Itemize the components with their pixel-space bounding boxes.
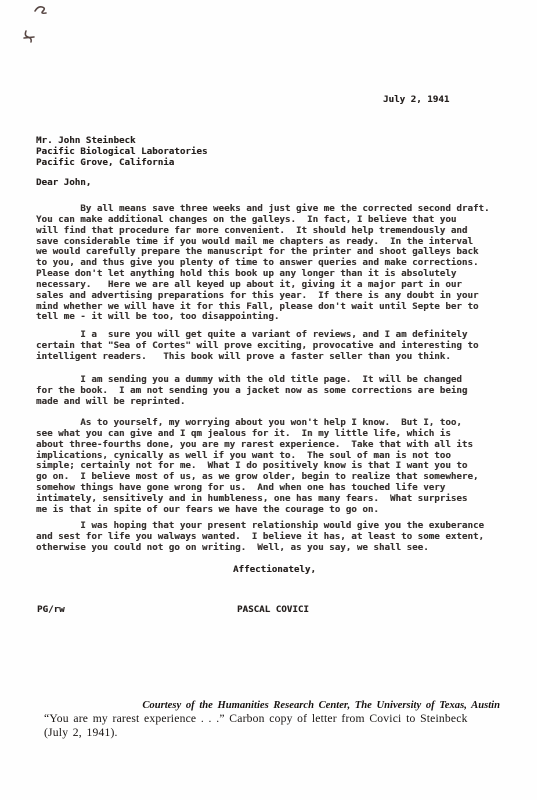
typist-initials: PG/rw — [37, 605, 65, 616]
letter-paragraph-1: By all means save three weeks and just g… — [36, 204, 490, 323]
signature-name: PASCAL COVICI — [237, 605, 309, 616]
closing: Affectionately, — [233, 565, 316, 576]
letter-date: July 2, 1941 — [383, 95, 449, 106]
recipient-address: Mr. John Steinbeck Pacific Biological La… — [36, 136, 207, 169]
stray-pen-marks-icon — [18, 2, 58, 47]
book-page: July 2, 1941 Mr. John Steinbeck Pacific … — [0, 0, 537, 800]
letter-paragraph-3: I am sending you a dummy with the old ti… — [36, 375, 467, 408]
salutation: Dear John, — [36, 178, 91, 189]
caption-text-line-2: (July 2, 1941). — [44, 726, 118, 739]
caption-text-line-1: “You are my rarest experience . . .” Car… — [44, 712, 468, 725]
letter-paragraph-5: I was hoping that your present relations… — [36, 521, 484, 554]
letter-paragraph-4: As to yourself, my worrying about you wo… — [36, 418, 479, 516]
caption-credit: Courtesy of the Humanities Research Cent… — [142, 700, 500, 711]
letter-paragraph-2: I a sure you will get quite a variant of… — [36, 330, 479, 363]
